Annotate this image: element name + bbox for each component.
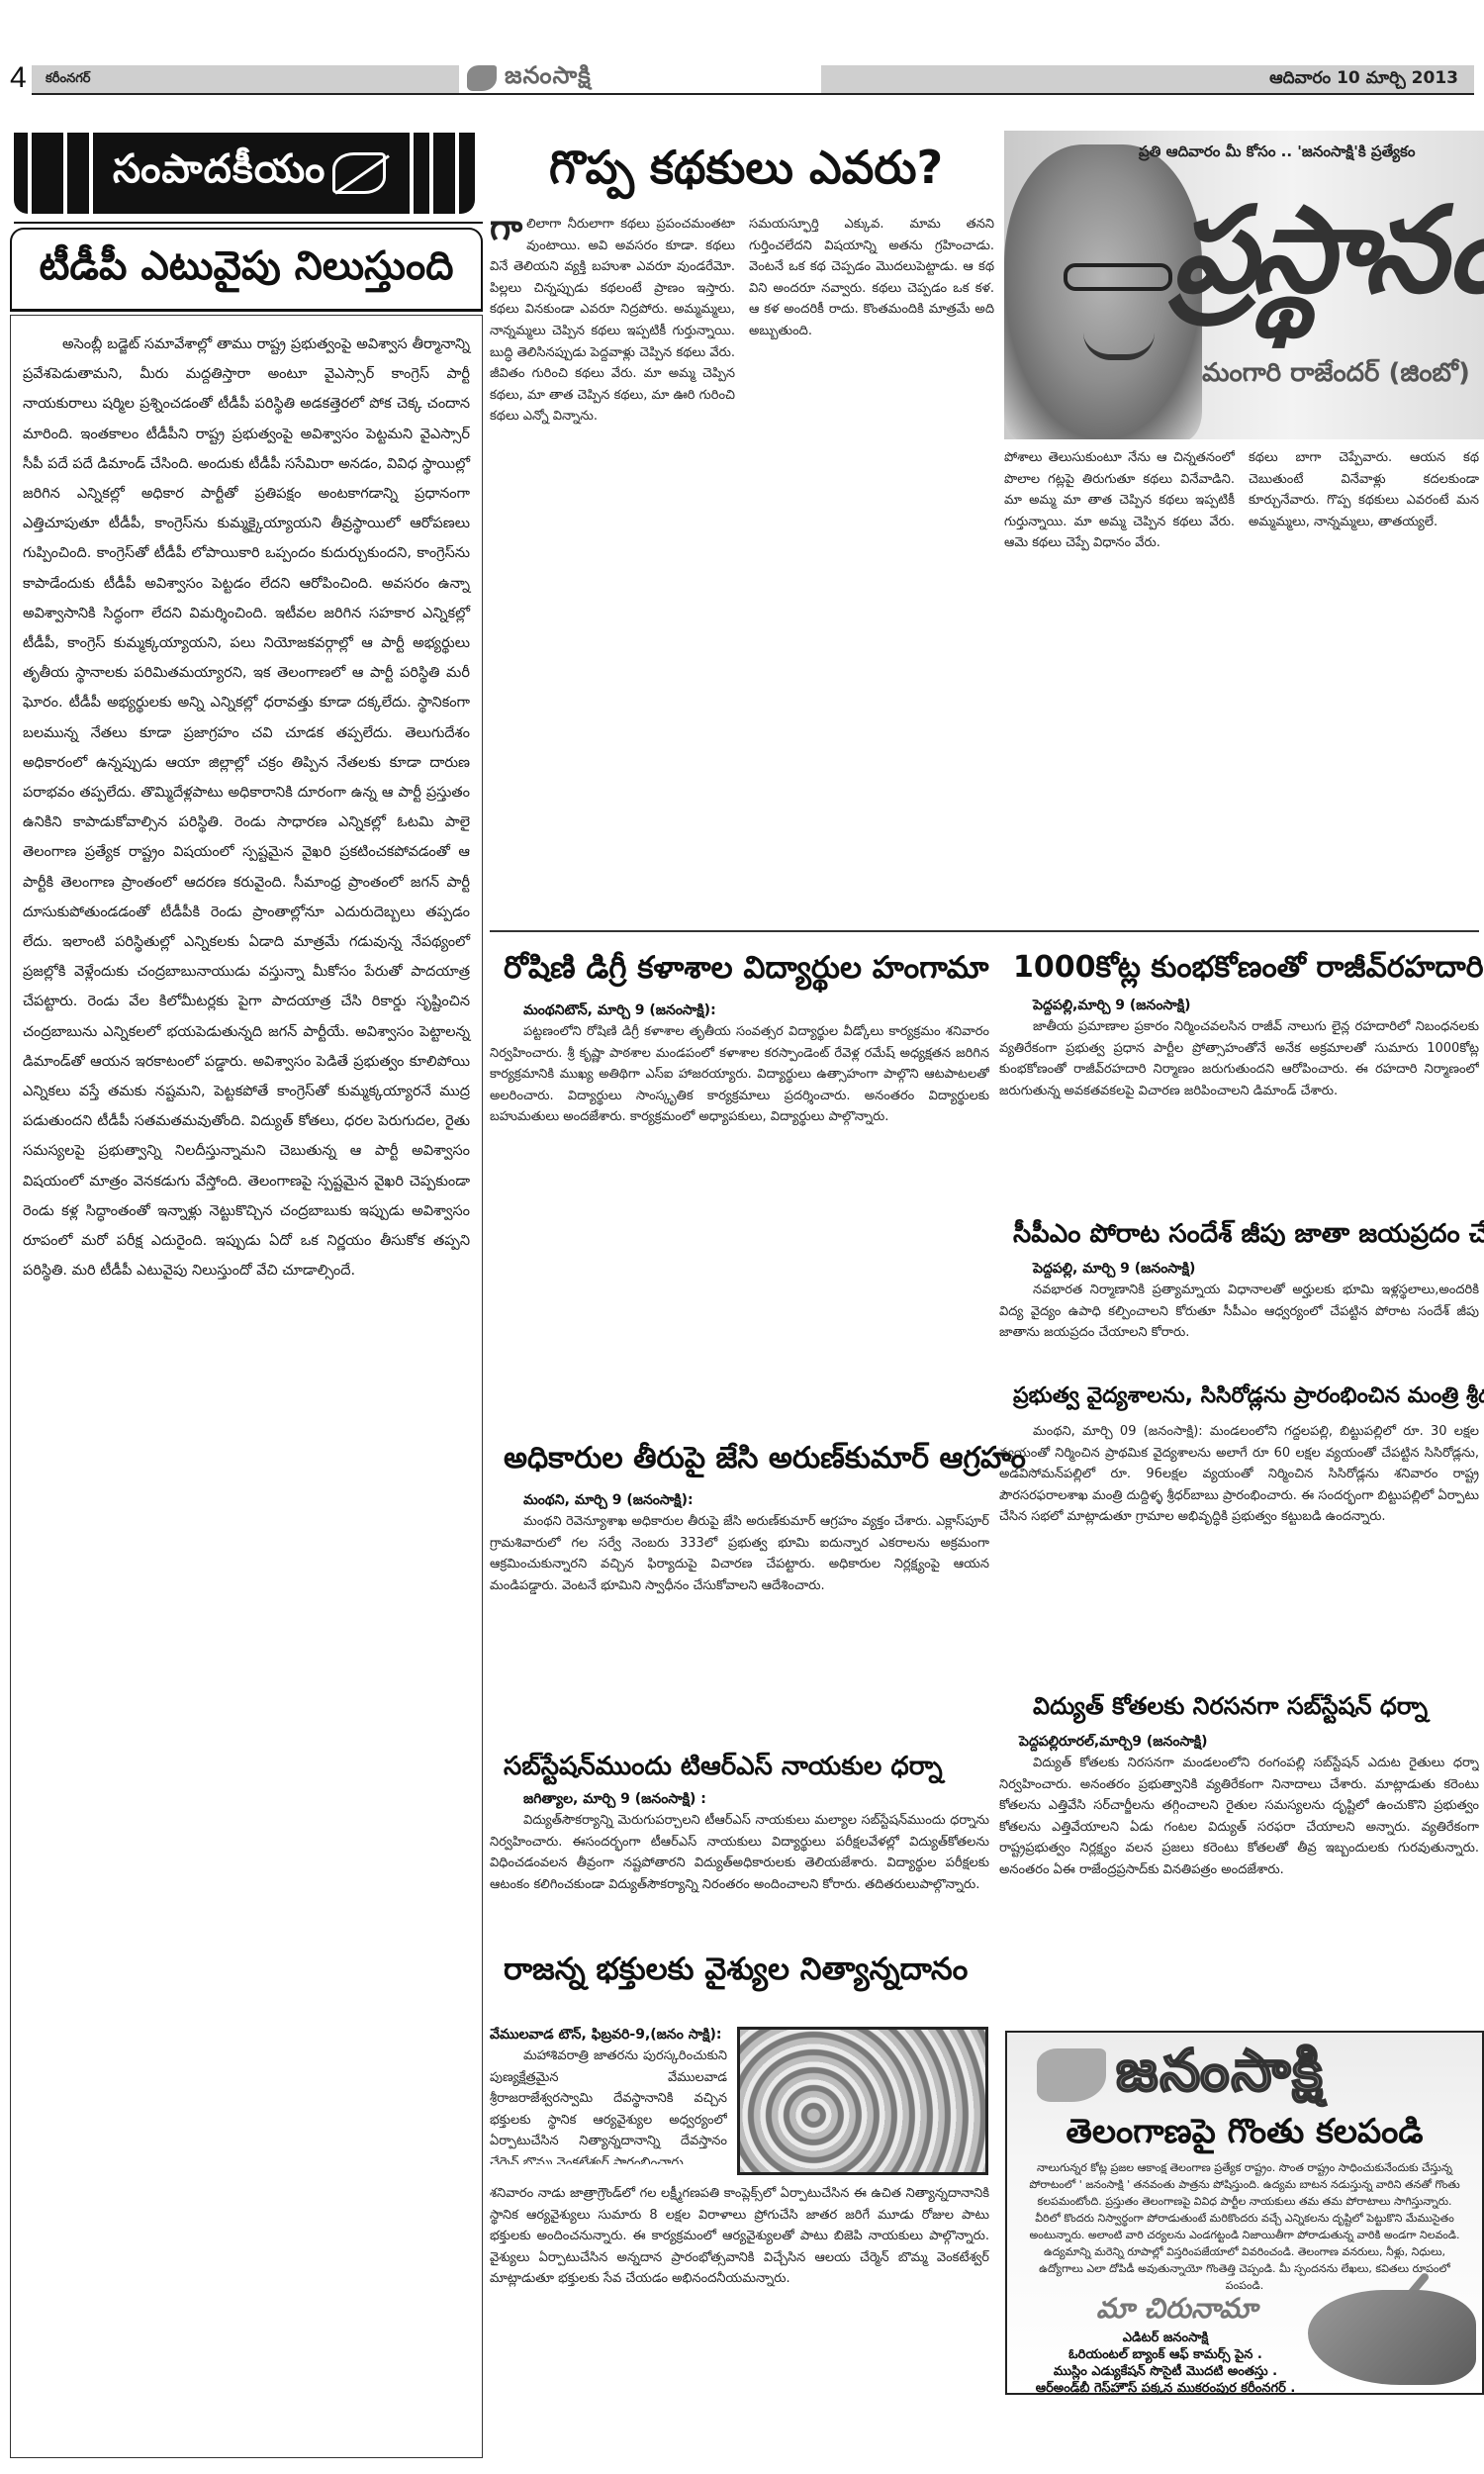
article-headline: ప్రభుత్వ వైద్యశాలను, సిసిరోడ్లను ప్రారంభ… bbox=[1013, 1383, 1479, 1413]
article-goppa-kathakulu: గొప్ప కథకులు ఎవరు? గాలిలాగా నీరులాగా కథల… bbox=[490, 129, 999, 920]
banner-stripe bbox=[89, 133, 93, 214]
address-line: ఎడిటర్ జనంసాక్షి bbox=[1017, 2330, 1314, 2346]
article-dateline: పెద్దపల్లిరూరల్,మార్చి9 (జనంసాక్షి) bbox=[1019, 1734, 1479, 1753]
banner-stripe bbox=[410, 133, 414, 214]
banner-stripe bbox=[455, 133, 459, 214]
article-rajanna: రాజన్న భక్తులకు వైశ్యుల నిత్యాన్నదానం వే… bbox=[490, 1942, 989, 2456]
banner-stripe bbox=[63, 133, 67, 214]
banner-stripe bbox=[28, 133, 32, 214]
editorial-column: సంపాదకీయం టీడీపీ ఎటువైపు నిలుస్తుంది అసె… bbox=[10, 133, 483, 2458]
article-body: మంథని రెవెన్యూశాఖ అధికారుల తీరుపై జేసి అ… bbox=[490, 1511, 989, 1739]
article-column: పోశాలు తెలుసుకుంటూ నేను ఆ చిన్నతనంలో పొల… bbox=[1004, 447, 1235, 912]
address-line: ఆర్‌అండ్‌బీ గెస్ట్‌హౌస్ పక్కన ముకరంపుర క… bbox=[1017, 2380, 1314, 2395]
telangana-map-icon bbox=[1037, 2048, 1106, 2102]
article-body: విద్యుత్‌సౌకర్యాన్ని మెరుగుపర్చాలని టీఆర… bbox=[490, 1810, 989, 1939]
editorial-body: అసెంబ్లీ బడ్జెట్ సమావేశాల్లో తాము రాష్ట్… bbox=[10, 315, 483, 2458]
newspaper-logo: జనంసాక్షి bbox=[467, 61, 813, 95]
article-body: మంథని, మార్చి 09 (జనంసాక్షి): మండలంలోని … bbox=[999, 1421, 1479, 1668]
glasses-shape bbox=[1064, 263, 1172, 291]
article-text: నవభారత నిర్మాణానికి ప్రత్యామ్నాయ విధానాల… bbox=[999, 1280, 1479, 1344]
smile-shape bbox=[1083, 333, 1155, 360]
article-adhikarula: అధికారుల తీరుపై జేసి అరుణ్‌కుమార్ ఆగ్రహం… bbox=[490, 1435, 989, 1752]
janamsakshi-advertisement: జనంసాక్షి తెలంగాణపై గొంతు కలపండి నాలుగున… bbox=[1005, 2031, 1484, 2395]
article-text: మంథని రెవెన్యూశాఖ అధికారుల తీరుపై జేసి అ… bbox=[490, 1511, 989, 1596]
article-column: సమయస్ఫూర్తి ఎక్కువ. మామ తనని గుర్తించలేద… bbox=[749, 214, 994, 916]
article-dateline: పెద్దపల్లి, మార్చి 9 (జనంసాక్షి) bbox=[1033, 1261, 1479, 1280]
banner-tagline: ప్రతి ఆదివారం మీ కోసం .. 'జనంసాక్షి'కి ప… bbox=[1139, 143, 1415, 164]
article-text: జాతీయ ప్రమాణాల ప్రకారం నిర్మించవలసిన రాజ… bbox=[999, 1016, 1479, 1101]
section-divider bbox=[490, 930, 1479, 932]
article-body: నవభారత నిర్మాణానికి ప్రత్యామ్నాయ విధానాల… bbox=[999, 1280, 1479, 1379]
issue-date: ఆదివారం 10 మార్చి 2013 bbox=[1269, 68, 1458, 92]
article-column: కథలు బాగా చెప్పేవారు. ఆయన కథ చెబుతుంటే వ… bbox=[1249, 447, 1479, 912]
article-roshini: రోషిణి డిగ్రీ కళాశాల విద్యార్థుల హంగామా … bbox=[490, 940, 989, 1425]
article-headline: అధికారుల తీరుపై జేసి అరుణ్‌కుమార్ ఆగ్రహం bbox=[504, 1441, 989, 1482]
article-headline: సబ్‌స్టేషన్‌ముందు టిఆర్‌ఎస్ నాయకుల ధర్నా bbox=[504, 1752, 989, 1787]
telangana-map-icon bbox=[467, 65, 497, 91]
article-body: విద్యుత్ కోతలకు నిరసనగా మండలంలోని రంగంపల… bbox=[999, 1753, 1479, 2000]
article-dateline: మంథని, మార్చి 9 (జనంసాక్షి): bbox=[523, 1492, 989, 1511]
article-text: విద్యుత్ కోతలకు నిరసనగా మండలంలోని రంగంపల… bbox=[999, 1753, 1479, 1881]
address-title: మా చిరునామా bbox=[1096, 2292, 1257, 2331]
article-headline: గొప్ప కథకులు ఎవరు? bbox=[549, 141, 943, 206]
article-vaidyasala: ప్రభుత్వ వైద్యశాలను, సిసిరోడ్లను ప్రారంభ… bbox=[999, 1383, 1479, 1680]
article-lead: వేములవాడ టౌన్, ఫిబ్రవరి-9,(జనం సాక్షి): … bbox=[490, 2027, 727, 2164]
article-substation-dharna: సబ్‌స్టేషన్‌ముందు టిఆర్‌ఎస్ నాయకుల ధర్నా… bbox=[490, 1752, 989, 1940]
article-dateline: పెద్దపల్లి,మార్చి 9 (జనంసాక్షి) bbox=[1033, 998, 1479, 1016]
article-cpm-jatha: సీపీఎం పోరాట సందేశ్ జీపు జాతా జయప్రదం చే… bbox=[999, 1219, 1479, 1378]
article-headline: రాజన్న భక్తులకు వైశ్యుల నిత్యాన్నదానం bbox=[504, 1951, 989, 1994]
editorial-headline-box: టీడీపీ ఎటువైపు నిలుస్తుంది bbox=[10, 228, 483, 309]
banner-author: మంగారి రాజేందర్ (జింబో) bbox=[1202, 358, 1470, 394]
annadanam-photo bbox=[737, 2027, 988, 2175]
article-headline: 1000కోట్ల కుంభకోణంతో రాజీవ్‌రహదారి నిర్మ… bbox=[1013, 950, 1479, 992]
article-text: పట్టణంలోని రోషిణి డిగ్రీ కళాశాల తృతీయ సం… bbox=[490, 1021, 989, 1128]
drop-cap: గా bbox=[490, 214, 522, 243]
article-text: విద్యుత్‌సౌకర్యాన్ని మెరుగుపర్చాలని టీఆర… bbox=[490, 1810, 989, 1895]
article-body: శనివారం నాడు జాత్రాగ్రౌండ్‌లో గల లక్ష్మీ… bbox=[490, 2183, 989, 2450]
article-body: పట్టణంలోని రోషిణి డిగ్రీ కళాశాల తృతీయ సం… bbox=[490, 1021, 989, 1397]
writing-hand-icon bbox=[1308, 2290, 1476, 2385]
article-vidyut-dharna: విద్యుత్ కోతలకు నిరసనగా సబ్‌స్టేషన్ ధర్న… bbox=[999, 1686, 1479, 2013]
page-header: 4 కరీంనగర్ జనంసాక్షి ఆదివారం 10 మార్చి 2… bbox=[10, 65, 1474, 93]
header-bar-left bbox=[32, 65, 459, 93]
banner-stripe bbox=[429, 133, 433, 214]
prasthana-feature-banner: ప్రతి ఆదివారం మీ కోసం .. 'జనంసాక్షి'కి ప… bbox=[1004, 131, 1484, 439]
address-line: ఓరియంటల్ బ్యాంక్ ఆఫ్ కామర్స్ పైన . bbox=[1017, 2346, 1314, 2363]
editorial-banner: సంపాదకీయం bbox=[14, 133, 475, 214]
article-text: మంథని, మార్చి 09 (జనంసాక్షి): మండలంలోని … bbox=[999, 1421, 1479, 1528]
ad-logo: జనంసాక్షి bbox=[1116, 2037, 1325, 2119]
article-body: జాతీయ ప్రమాణాల ప్రకారం నిర్మించవలసిన రాజ… bbox=[999, 1016, 1479, 1194]
writing-hand-icon bbox=[332, 152, 386, 194]
ad-slogan: తెలంగాణపై గొంతు కలపండి bbox=[1007, 2112, 1482, 2159]
article-1000-kotla: 1000కోట్ల కుంభకోణంతో రాజీవ్‌రహదారి నిర్మ… bbox=[999, 940, 1479, 1217]
section-name: కరీంనగర్ bbox=[46, 71, 91, 89]
banner-title: ప్రస్థానం bbox=[1172, 180, 1484, 348]
article-text: లిలాగా నీరులాగా కథలు ప్రపంచమంతటా వుంటాయి… bbox=[490, 217, 735, 424]
article-headline: విద్యుత్ కోతలకు నిరసనగా సబ్‌స్టేషన్ ధర్న… bbox=[1033, 1692, 1479, 1726]
ad-text: నాలుగున్నర కోట్ల ప్రజల ఆకాంక్ష తెలంగాణ ప… bbox=[1027, 2159, 1462, 2294]
address-block: ఎడిటర్ జనంసాక్షి ఓరియంటల్ బ్యాంక్ ఆఫ్ కా… bbox=[1017, 2330, 1314, 2395]
header-rule bbox=[32, 93, 1474, 95]
page-number: 4 bbox=[10, 61, 27, 95]
article-dateline: మంథనిటౌన్, మార్చి 9 (జనంసాక్షి): bbox=[523, 1002, 989, 1021]
article-headline: సీపీఎం పోరాట సందేశ్ జీపు జాతా జయప్రదం చే… bbox=[1013, 1219, 1479, 1255]
article-text: మహాశివరాత్రి జాతరను పురస్కరించుకుని పుణ్… bbox=[490, 2046, 727, 2164]
logo-text: జనంసాక్షి bbox=[505, 61, 592, 95]
editorial-headline: టీడీపీ ఎటువైపు నిలుస్తుంది bbox=[12, 243, 481, 299]
article-body: మహాశివరాత్రి జాతరను పురస్కరించుకుని పుణ్… bbox=[490, 2046, 727, 2164]
header-bar-right: ఆదివారం 10 మార్చి 2013 bbox=[821, 65, 1474, 93]
divider bbox=[10, 309, 483, 312]
article-headline: రోషిణి డిగ్రీ కళాశాల విద్యార్థుల హంగామా bbox=[504, 950, 989, 993]
article-goppa-continued: పోశాలు తెలుసుకుంటూ నేను ఆ చిన్నతనంలో పొల… bbox=[1004, 447, 1479, 912]
article-column: గాలిలాగా నీరులాగా కథలు ప్రపంచమంతటా వుంటా… bbox=[490, 214, 735, 916]
editorial-label: సంపాదకీయం bbox=[113, 146, 325, 202]
address-line: ముస్లిం ఎడ్యుకేషన్ సొసైటీ మొదటి అంతస్తు … bbox=[1017, 2363, 1314, 2380]
article-dateline: జగిత్యాల, మార్చి 9 (జనంసాక్షి) : bbox=[523, 1791, 989, 1810]
article-dateline: వేములవాడ టౌన్, ఫిబ్రవరి-9,(జనం సాక్షి): bbox=[490, 2027, 727, 2046]
divider bbox=[14, 222, 483, 224]
